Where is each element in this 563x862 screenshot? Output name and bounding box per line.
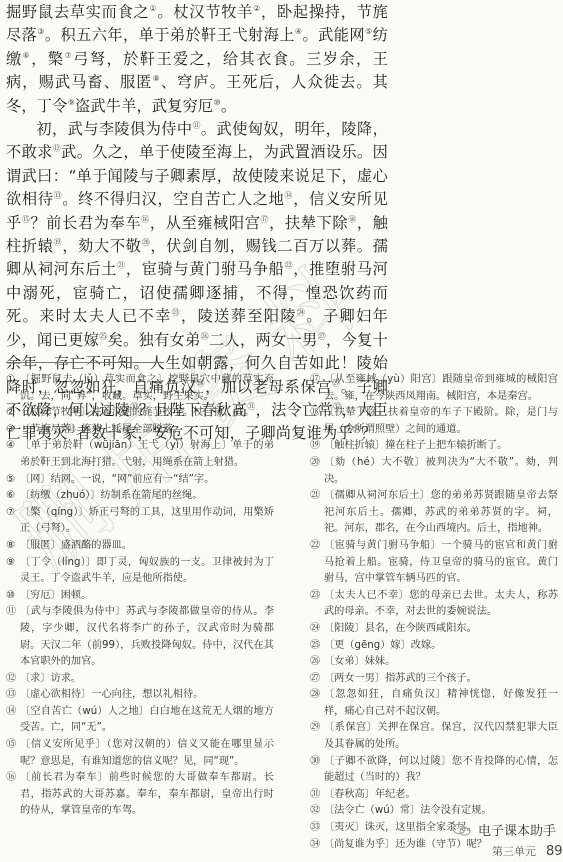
footnote-body: 〔单于弟於靬（wūjiān）王弋（yì）射海上〕单于的弟弟於靬王到北海打猎。弋射… (20, 438, 274, 471)
footnote-term: 〔檠（qíng）〕 (20, 507, 89, 518)
footnote-number: ⑲ (310, 438, 324, 455)
text-segment: 盗武牛羊，武复穷厄 (75, 97, 214, 115)
footnote-text: 一心向往，想以礼相待。 (91, 689, 203, 700)
footnote-number: ⑳ (310, 455, 324, 472)
text-segment: 。杖汉节牧羊 (157, 3, 253, 21)
footnote-number: ⑯ (6, 770, 20, 787)
footnote-marker[interactable]: ⑯ (141, 215, 150, 224)
footnote-term: 〔春秋高〕 (324, 789, 375, 800)
footnote-item: ㉒〔宦骑与黄门驸马争船〕一个骑马的宦官和黄门驸马抢着上船。宦骑，侍卫皇帝的骑马的… (310, 538, 558, 588)
footnote-marker[interactable]: ② (253, 4, 261, 13)
footnote-item: ㉑〔孺卿从祠河东后土〕您的弟弟苏贤跟随皇帝去祭祀河东后土。孺卿，苏武的弟弟苏贤的… (310, 488, 558, 538)
footnote-term: 〔孺卿从祠河东后土〕 (324, 490, 431, 501)
footnote-term: 〔前长君为奉车〕 (20, 772, 109, 783)
footnote-term: 〔两女一男〕 (324, 673, 385, 684)
footnote-number: ⑮ (6, 737, 20, 754)
footnote-marker[interactable]: ㉖ (201, 332, 209, 341)
footnote-number: ㉘ (310, 687, 324, 704)
footnote-number: ⑨ (6, 555, 20, 572)
footnote-term: 〔劾（hé）大不敬〕 (324, 457, 426, 468)
footnote-body: 〔网〕结网。一说，“网”前应有一“结”字。 (20, 472, 274, 489)
footnote-marker[interactable]: ㉗ (318, 332, 326, 341)
footnote-body: 〔穷厄〕困顿。 (20, 588, 274, 605)
text-segment: ，宦骑与黄门驸马争船 (126, 260, 285, 278)
footnote-term: 〔虚心欲相待〕 (20, 689, 91, 700)
footnote-body: 〔两女一男〕指苏武的三个孩子。 (324, 671, 558, 688)
footnote-item: ㉛〔春秋高〕年纪老。 (310, 787, 558, 804)
footnote-number: ㉞ (310, 837, 324, 854)
footnote-body: 〔虚心欲相待〕一心向往，想以礼相待。 (20, 687, 274, 704)
footnote-body: 〔从至雍棫（yù）阳宫〕跟随皇帝到雍城的棫阳宫去。雍，在今陕西凤翔南。棫阳宫，本… (324, 372, 558, 405)
footnote-item: ①〔掘野鼠去（jǔ）草实而食之〕挖野鼠穴中藏的草实充饥。去，同“弆”，收藏。草实… (6, 372, 274, 405)
footnote-item: ③〔节旄尽落〕旄节上牦尾全部脱落。 (6, 422, 274, 439)
text-segment: ，劾大不敬 (62, 237, 141, 255)
footnote-body: 〔劾（hé）大不敬〕被判决为“大不敬”。劾，判决。 (324, 455, 558, 488)
text-segment: 。积五六年，单于弟於靬王弋射海上 (45, 26, 295, 44)
footnote-text: 撞在柱子上把车辕折断了。 (385, 440, 507, 451)
footnote-number: ⑬ (6, 687, 20, 704)
footnote-term: 〔信义安所见乎〕 (20, 739, 107, 750)
footnote-number: ④ (6, 438, 20, 455)
footnote-body: 〔武与李陵俱为侍中〕苏武与李陵都做皇帝的侍从。李陵，字少卿，汉代名将李广的孙子，… (20, 604, 274, 670)
footnote-marker[interactable]: ㉓ (172, 308, 181, 317)
footnote-number: ③ (6, 422, 20, 439)
footnote-number: ㉜ (310, 803, 324, 820)
footnote-text: 困顿。 (61, 590, 92, 601)
text-segment: ，从至雍棫阳宫 (150, 214, 261, 232)
footnote-number: ⑤ (6, 472, 20, 489)
footnote-term: 〔空自苦亡（wú）人之地〕 (20, 706, 149, 717)
footnote-item: ⑭〔空自苦亡（wú）人之地〕白白地在这荒无人烟的地方受苦。亡，同“无”。 (6, 704, 274, 737)
footnote-term: 〔夷灭〕 (324, 822, 365, 833)
footnote-text: 年纪老。 (375, 789, 416, 800)
footnote-term: 〔宦骑与黄门驸马争船〕 (324, 540, 441, 551)
footnote-term: 〔网〕 (20, 474, 51, 485)
footnote-item: ⑩〔穷厄〕困顿。 (6, 588, 274, 605)
footnote-item: ⑥〔纺缴（zhuó）〕纺制系在箭尾的丝绳。 (6, 488, 274, 505)
footnote-number: ㉛ (310, 787, 324, 804)
footnote-term: 〔服匿〕 (20, 540, 61, 551)
footnote-body: 〔纺缴（zhuó）〕纺制系在箭尾的丝绳。 (20, 488, 274, 505)
footnote-number: ⑰ (310, 372, 324, 389)
text-segment: 。终不得归汉，空自苦亡人之地 (62, 190, 284, 208)
unit-label: 第三单元 (492, 843, 536, 859)
footnote-item: ⑨〔丁令（líng）〕即丁灵，匈奴族的一支。卫律被封为丁灵王。丁令盗武牛羊，应是… (6, 555, 274, 588)
footnote-term: 〔子卿不欲降，何以过陵〕 (324, 756, 452, 767)
footnote-marker[interactable]: ㉔ (297, 308, 306, 317)
footnote-body: 〔前长君为奉车〕前些时候您的大哥做奉车都尉。长君，指苏武的大哥苏嘉。奉车，奉车都… (20, 770, 274, 820)
footnote-body: 〔触柱折辕〕撞在柱子上把车辕折断了。 (324, 438, 558, 455)
footnote-number: ⑭ (6, 704, 20, 721)
footnote-body: 〔空自苦亡（wú）人之地〕白白地在这荒无人烟的地方受苦。亡，同“无”。 (20, 704, 274, 737)
footnote-body: 〔孺卿从祠河东后土〕您的弟弟苏贤跟随皇帝去祭祀河东后土。孺卿，苏武的弟弟苏贤的字… (324, 488, 558, 538)
footnote-term: 〔忽忽如狂，自痛负汉〕 (324, 689, 447, 700)
footnote-body: 〔宦骑与黄门驸马争船〕一个骑马的宦官和黄门驸马抢着上船。宦骑，侍卫皇帝的骑马的宦… (324, 538, 558, 588)
footnote-item: ②〔杖汉节牧羊〕拄着汉朝的旄节牧羊。杖，执、拄。 (6, 405, 274, 422)
footnote-item: ㉓〔太夫人已不幸〕您的母亲已去世。太夫人，称苏武的母亲。不幸，对去世的委婉说法。 (310, 588, 558, 621)
footnote-item: ⑫〔求〕访求。 (6, 671, 274, 688)
footnote-marker[interactable]: ⑭ (285, 191, 294, 200)
footnote-marker[interactable]: ㉕ (99, 332, 107, 341)
footnote-term: 〔掘野鼠去（jǔ）草实而食之〕 (20, 374, 168, 385)
footnote-body: 〔节旄尽落〕旄节上牦尾全部脱落。 (20, 422, 274, 439)
footnote-term: 〔太夫人已不幸〕 (324, 590, 409, 601)
footnote-term: 〔穷厄〕 (20, 590, 61, 601)
brand-label: 电子课本助手 (478, 820, 556, 839)
footnote-marker[interactable]: ⑰ (261, 215, 270, 224)
page-footer: 第三单元 89 (492, 843, 563, 859)
text-segment: 初，武与李陵俱为侍中 (36, 120, 192, 138)
footnote-marker[interactable]: ③ (37, 27, 45, 36)
footnote-item: ㉕〔更（gēng）嫁〕改嫁。 (310, 638, 558, 655)
footnote-number: ⑩ (6, 588, 20, 605)
footnote-number: ㉗ (310, 671, 324, 688)
text-segment: ，陵送葬至阳陵 (181, 307, 297, 325)
footnote-item: ⑲〔触柱折辕〕撞在柱子上把车辕折断了。 (310, 438, 558, 455)
footnote-body: 〔扶辇下除〕扶着皇帝的车子下殿阶。除，是门与屏（今所谓照壁）之间的通道。 (324, 405, 558, 438)
footnote-item: ⑪〔武与李陵俱为侍中〕苏武与李陵都做皇帝的侍从。李陵，字少卿，汉代名将李广的孙子… (6, 604, 274, 670)
footnote-item: ㉗〔两女一男〕指苏武的三个孩子。 (310, 671, 558, 688)
paragraph: 掘野鼠去草实而食之①。杖汉节牧羊②，卧起操持，节旄尽落③。积五六年，单于弟於靬王… (6, 1, 388, 118)
footnote-term: 〔节旄尽落〕 (20, 424, 81, 435)
footnote-number: ⑪ (6, 604, 20, 621)
footnote-item: ⑤〔网〕结网。一说，“网”前应有一“结”字。 (6, 472, 274, 489)
footnote-number: ㉑ (310, 488, 324, 505)
footnote-marker[interactable]: ⑱ (348, 215, 357, 224)
footnote-body: 〔子卿不欲降，何以过陵〕您不肯投降的心情，怎能超过（当时的）我？ (324, 754, 558, 787)
footnote-term: 〔丁令（líng）〕 (20, 557, 97, 568)
footnote-item: ㉘〔忽忽如狂，自痛负汉〕精神恍惚，好像发狂一样，痛心自己对不起汉朝。 (310, 687, 558, 720)
footnote-body: 〔求〕访求。 (20, 671, 274, 688)
footnote-term: 〔法令亡（wú）常〕 (324, 805, 420, 816)
footnote-text: 妹妹。 (365, 656, 396, 667)
footnote-marker[interactable]: ⑬ (54, 191, 63, 200)
footnote-marker[interactable]: ⑲ (54, 238, 63, 247)
footnote-number: ㉒ (310, 538, 324, 555)
footnote-term: 〔扶辇下除〕 (324, 407, 388, 418)
text-segment: ，扶辇下除 (269, 214, 348, 232)
footnote-number: ㉖ (310, 654, 324, 671)
footnote-body: 〔檠（qíng）〕矫正弓弩的工具，这里用作动词，用檠矫正（弓弩）。 (20, 505, 274, 538)
footnote-marker[interactable]: ⑥ (23, 51, 32, 60)
footnote-body: 〔太夫人已不幸〕您的母亲已去世。太夫人，称苏武的母亲。不幸，对去世的委婉说法。 (324, 588, 558, 621)
footnote-number: ⑥ (6, 488, 20, 505)
text-segment: 掘野鼠去草实而食之 (6, 3, 149, 21)
footnote-marker[interactable]: ⑦ (65, 51, 74, 60)
footnote-text: 县名，在今陕西咸阳东。 (365, 623, 477, 634)
footnote-term: 〔从至雍棫（yù）阳宫〕 (324, 374, 442, 385)
footnote-marker[interactable]: ⑩ (213, 98, 220, 107)
footnote-body: 〔掘野鼠去（jǔ）草实而食之〕挖野鼠穴中藏的草实充饥。去，同“弆”，收藏。草实，… (20, 372, 274, 405)
footnote-number: ⑫ (6, 671, 20, 688)
footnote-item: ⑬〔虚心欲相待〕一心向往，想以礼相待。 (6, 687, 274, 704)
footnote-body: 〔杖汉节牧羊〕拄着汉朝的旄节牧羊。杖，执、拄。 (20, 405, 274, 422)
footnote-term: 〔尚复谁为乎〕 (324, 839, 395, 850)
footnote-number: ㉚ (310, 754, 324, 771)
footnote-body: 〔信义安所见乎〕（您对汉朝的）信义又能在哪里显示呢？意思是，有谁知道您的信义呢？… (20, 737, 274, 770)
footnote-term: 〔杖汉节牧羊〕 (20, 407, 91, 418)
footnote-number: ㉝ (310, 820, 324, 837)
footnote-text: 旄节上牦尾全部脱落。 (81, 424, 183, 435)
footnote-item: ㉔〔阳陵〕县名，在今陕西咸阳东。 (310, 621, 558, 638)
footnote-item: ⑱〔扶辇下除〕扶着皇帝的车子下殿阶。除，是门与屏（今所谓照壁）之间的通道。 (310, 405, 558, 438)
page-number: 89 (546, 844, 563, 859)
footnotes-right: ⑰〔从至雍棫（yù）阳宫〕跟随皇帝到雍城的棫阳宫去。雍，在今陕西凤翔南。棫阳宫，… (310, 372, 558, 853)
footnote-body: 〔服匿〕盛酒酪的器皿。 (20, 538, 274, 555)
footnote-term: 〔更（gēng）嫁〕 (324, 640, 411, 651)
footnote-text: 法令没有定规。 (420, 805, 491, 816)
footnote-term: 〔触柱折辕〕 (324, 440, 385, 451)
footnote-item: ⑰〔从至雍棫（yù）阳宫〕跟随皇帝到雍城的棫阳宫去。雍，在今陕西凤翔南。棫阳宫，… (310, 372, 558, 405)
footnote-term: 〔武与李陵俱为侍中〕 (20, 606, 126, 617)
text-segment: ，檠 (31, 50, 64, 68)
footnote-term: 〔系保宫〕 (324, 722, 377, 733)
footnote-body: 〔阳陵〕县名，在今陕西咸阳东。 (324, 621, 558, 638)
footnote-term: 〔阳陵〕 (324, 623, 365, 634)
footnote-term: 〔求〕 (20, 673, 51, 684)
footnote-item: ⑧〔服匿〕盛酒酪的器皿。 (6, 538, 274, 555)
footnote-text: 改嫁。 (411, 640, 442, 651)
text-segment: ？前长君为奉车 (30, 214, 141, 232)
brand-watermark: 电子课本助手 (452, 820, 556, 839)
footnote-number: ② (6, 405, 20, 422)
footnote-number: ⑱ (310, 405, 324, 422)
footnote-item: ④〔单于弟於靬（wūjiān）王弋（yì）射海上〕单于的弟弟於靬王到北海打猎。弋… (6, 438, 274, 471)
footnote-number: ㉓ (310, 588, 324, 605)
footnote-body: 〔女弟〕妹妹。 (324, 654, 558, 671)
footnote-item: ⑳〔劾（hé）大不敬〕被判决为“大不敬”。劾，判决。 (310, 455, 558, 488)
footnote-body: 〔法令亡（wú）常〕法令没有定规。 (324, 803, 558, 820)
footnote-body: 〔春秋高〕年纪老。 (324, 787, 558, 804)
footnote-number: ⑧ (6, 538, 20, 555)
footnote-number: ① (6, 372, 20, 389)
text-segment: 二人，两女一男 (209, 331, 318, 349)
footnote-text: 结网。一说，“网”前应有一“结”字。 (51, 474, 215, 485)
footnote-item: ⑮〔信义安所见乎〕（您对汉朝的）信义又能在哪里显示呢？意思是，有谁知道您的信义呢… (6, 737, 274, 770)
footnote-item: ㉚〔子卿不欲降，何以过陵〕您不肯投降的心情，怎能超过（当时的）我？ (310, 754, 558, 787)
footnote-marker[interactable]: ㉒ (285, 261, 294, 270)
footnote-number: ㉕ (310, 638, 324, 655)
footnote-text: 盛酒酪的器皿。 (61, 540, 132, 551)
footnote-term: 〔纺缴（zhuó）〕 (20, 490, 101, 501)
footnote-text: 指苏武的三个孩子。 (385, 673, 477, 684)
footnote-text: 访求。 (51, 673, 82, 684)
footnote-item: ㉜〔法令亡（wú）常〕法令没有定规。 (310, 803, 558, 820)
footnote-marker[interactable]: ⑨ (68, 98, 75, 107)
footnote-body: 〔更（gēng）嫁〕改嫁。 (324, 638, 558, 655)
footnote-item: ㉖〔女弟〕妹妹。 (310, 654, 558, 671)
footnote-marker[interactable]: ⑧ (153, 74, 161, 83)
text-segment: 。武能网 (302, 26, 365, 44)
footnote-marker[interactable]: ⑪ (192, 121, 200, 130)
footnote-term: 〔女弟〕 (324, 656, 365, 667)
footnote-marker[interactable]: ⑫ (53, 144, 61, 153)
footnote-item: ㉙〔系保宫〕关押在保宫。保宫，汉代囚禁犯罪大臣及其眷属的处所。 (310, 720, 558, 753)
wechat-icon (452, 823, 472, 837)
text-segment: 。 (221, 97, 236, 115)
footnote-body: 〔丁令（líng）〕即丁灵，匈奴族的一支。卫律被封为丁灵王。丁令盗武牛羊，应是他… (20, 555, 274, 588)
text-segment: 矣。独有女弟 (108, 331, 201, 349)
footnote-text: 拄着汉朝的旄节牧羊。杖，执、拄。 (91, 407, 254, 418)
footnote-text: 还为谁（守节）呢？ (395, 839, 487, 850)
footnote-number: ⑦ (6, 505, 20, 522)
footnote-item: ⑯〔前长君为奉车〕前些时候您的大哥做奉车都尉。长君，指苏武的大哥苏嘉。奉车，奉车… (6, 770, 274, 820)
footnote-text: 纺制系在箭尾的丝绳。 (101, 490, 203, 501)
footnote-body: 〔系保宫〕关押在保宫。保宫，汉代囚禁犯罪大臣及其眷属的处所。 (324, 720, 558, 753)
footnote-item: ⑦〔檠（qíng）〕矫正弓弩的工具，这里用作动词，用檠矫正（弓弩）。 (6, 505, 274, 538)
footnote-term: 〔单于弟於靬（wūjiān）王弋（yì）射海上〕 (20, 440, 232, 451)
footnotes-left: ①〔掘野鼠去（jǔ）草实而食之〕挖野鼠穴中藏的草实充饥。去，同“弆”，收藏。草实… (6, 372, 274, 820)
footnote-marker[interactable]: ㉑ (117, 261, 126, 270)
footnote-divider (6, 362, 164, 363)
footnote-marker[interactable]: ⑤ (365, 27, 373, 36)
footnote-body: 〔忽忽如狂，自痛负汉〕精神恍惚，好像发狂一样，痛心自己对不起汉朝。 (324, 687, 558, 720)
footnote-number: ㉙ (310, 720, 324, 737)
footnote-number: ㉔ (310, 621, 324, 638)
